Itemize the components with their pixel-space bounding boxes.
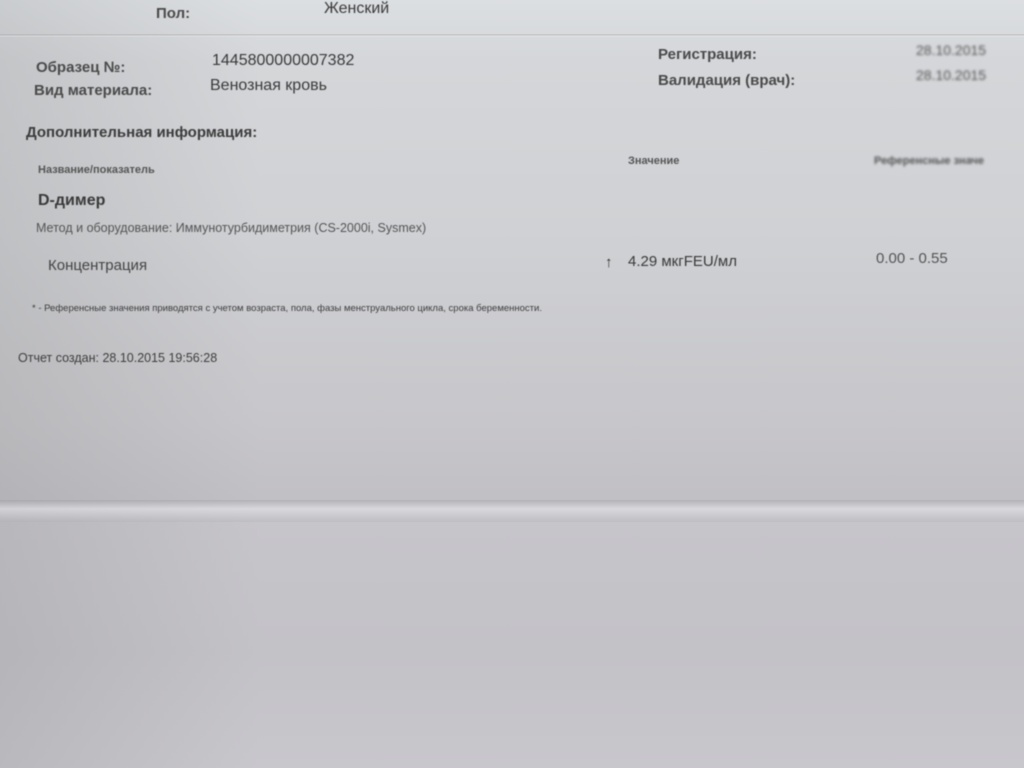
sample-number-value: 1445800000007382 [212,52,354,70]
sex-value: Женский [324,0,389,18]
parameter-name: Концентрация [48,257,147,274]
column-header-name: Название/показатель [38,164,155,176]
material-value: Венозная кровь [210,77,327,95]
header-divider [0,34,1024,37]
column-header-value: Значение [628,155,679,167]
material-label: Вид материала: [34,82,152,99]
registration-label: Регистрация: [658,46,757,63]
registration-date: 28.10.2015 [916,42,986,58]
paper-fold [0,500,1024,522]
sex-label: Пол: [156,5,190,22]
validation-date: 28.10.2015 [916,67,986,83]
reference-range: 0.00 - 0.55 [876,250,948,267]
column-header-reference: Референсные значе [874,155,984,167]
sample-number-label: Образец №: [36,59,125,76]
result-value: 4.29 мкгFEU/мл [628,253,737,270]
test-method: Метод и оборудование: Иммунотурбидиметри… [36,221,426,235]
section-title: Дополнительная информация: [26,124,257,141]
test-name: D-димер [38,192,105,210]
report-created: Отчет создан: 28.10.2015 19:56:28 [18,351,217,365]
validation-label: Валидация (врач): [658,72,795,89]
footnote: * - Референсные значения приводятся с уч… [32,303,542,314]
arrow-up-icon: ↑ [605,254,613,271]
paper-shadow [0,0,260,768]
